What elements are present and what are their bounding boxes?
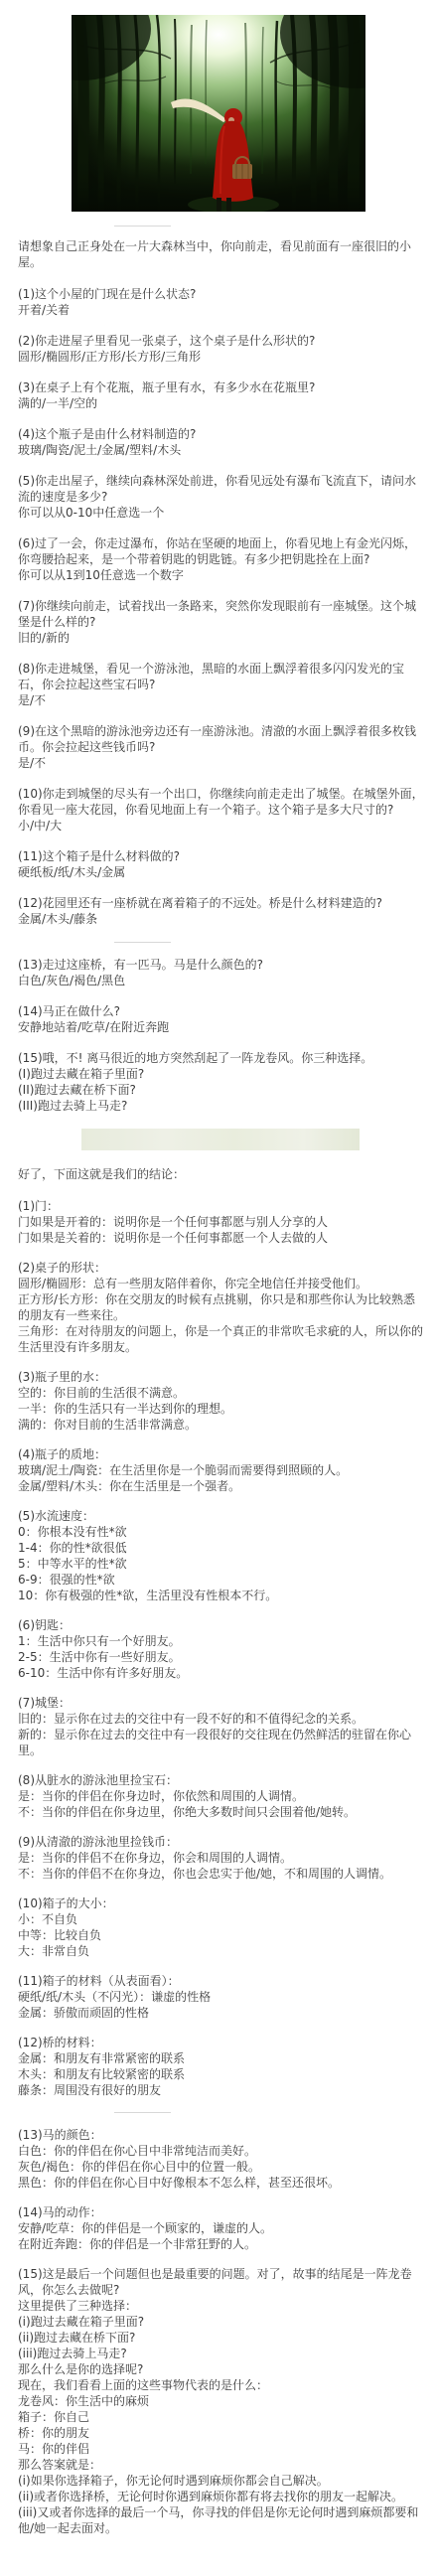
question-option-line: 开着/关着 [18,302,425,318]
question-option-line: 小/中/大 [18,818,425,833]
conclusion-intro: 好了，下面这就是我们的结论： [18,1166,425,1182]
question-text: (9)在这个黑暗的游泳池旁边还有一座游泳池。清澈的水面上飘浮着很多枚钱币。你会拉… [18,723,425,755]
question-option-line: 旧的/新的 [18,630,425,646]
conclusion-line: 木头：和朋友有比较紧密的联系 [18,2066,425,2082]
question-option-line: 硬纸板/纸/木头/金属 [18,864,425,880]
section-divider [114,226,171,227]
conclusion-block: (2)桌子的形状：圆形/椭圆形：总有一些朋友陪伴着你，你完全地信任并接受他们。正… [18,1260,425,1355]
question-text: (12)花园里还有一座桥就在离着箱子的不远处。桥是什么材料建造的? [18,895,425,911]
conclusion-line: 黑色：你的伴侣在你心目中好像根本不怎么样，甚至还很坏。 [18,2175,425,2191]
question-text: (3)在桌子上有个花瓶，瓶子里有水，有多少水在花瓶里? [18,379,425,395]
question-option-line: (I)跑过去藏在箱子里面? [18,1066,425,1082]
conclusion-line: 玻璃/泥土/陶瓷：在生活里你是一个脆弱而需要得到照顾的人。 [18,1462,425,1478]
conclusion-line: 5：中等水平的性*欲 [18,1556,425,1572]
conclusion-block: (7)城堡：旧的：显示你在过去的交往中有一段不好的和不值得纪念的关系。新的：显示… [18,1695,425,1758]
conclusion-line: 旧的：显示你在过去的交往中有一段不好的和不值得纪念的关系。 [18,1711,425,1727]
conclusion-line: 0：你根本没有性*欲 [18,1524,425,1540]
conclusion-line: 箱子：你自己 [18,2409,425,2425]
conclusion-line: 灰色/褐色：你的伴侣在你心目中的位置一般。 [18,2159,425,2175]
question-block: (6)过了一会，你走过瀑布，你站在坚硬的地面上，你看见地上有金光闪烁，你弯腰拾起… [18,535,425,583]
conclusion-line: 6-9：很强的性*欲 [18,1572,425,1588]
conclusion-line: 10：你有极强的性*欲，生活里没有性根本不行。 [18,1588,425,1603]
conclusion-line: 6-10：生活中你有许多好朋友。 [18,1665,425,1681]
conclusion-line: 门如果是关着的：说明你是一个任何事都愿一个人去做的人 [18,1230,425,1246]
conclusion-line: 满的：你对目前的生活非常满意。 [18,1417,425,1433]
question-block: (5)你走出屋子，继续向森林深处前进，你看见远处有瀑布飞流直下，请问水流的速度是… [18,473,425,521]
question-block: (9)在这个黑暗的游泳池旁边还有一座游泳池。清澈的水面上飘浮着很多枚钱币。你会拉… [18,723,425,771]
conclusion-line: 安静/吃草：你的伴侣是一个顾家的，谦虚的人。 [18,2220,425,2236]
question-block: (7)你继续向前走，试着找出一条路来，突然你发现眼前有一座城堡。这个城堡是什么样… [18,598,425,646]
conclusion-line: 新的：显示你在过去的交往中有一段很好的交往现在仍然鲜活的驻留在你心里。 [18,1727,425,1758]
question-options: 金属/木头/藤条 [18,911,425,927]
conclusion-line: 现在，我们看看上面的这些事物代表的是什么： [18,2377,425,2393]
conclusion-line: (iii)又或者你选择的最后一个马，你寻找的伴侣是你无论何时遇到麻烦都要和他/她… [18,2504,425,2536]
conclusion-line: 中等：比较自负 [18,1927,425,1943]
faded-image-placeholder [81,1129,360,1150]
question-options: 是/不 [18,755,425,771]
question-text: (4)这个瓶子是由什么材料制造的? [18,426,425,442]
conclusion-line: (2)桌子的形状： [18,1260,425,1276]
conclusion-line: (6)钥匙： [18,1617,425,1633]
conclusion-line: (ii)跑过去藏在桥下面? [18,2330,425,2346]
question-option-line: 安静地站着/吃草/在附近奔跑 [18,1019,425,1035]
conclusion-line: 金属/塑料/木头：你在生活里是一个强者。 [18,1478,425,1494]
conclusion-line: (8)从脏水的游泳池里捡宝石： [18,1772,425,1788]
conclusion-block: (11)箱子的材料（从表面看）：硬纸/纸/木头（不闪光）：谦虚的性格金属：骄傲而… [18,1973,425,2021]
conclusion-line: 藤条：周围没有很好的朋友 [18,2082,425,2098]
question-options: 旧的/新的 [18,630,425,646]
question-text: (13)走过这座桥，有一匹马。马是什么颜色的? [18,957,425,973]
question-block: (4)这个瓶子是由什么材料制造的? 玻璃/陶瓷/泥土/金属/塑料/木头 [18,426,425,458]
conclusion-line: (9)从清澈的游泳池里捡钱币： [18,1834,425,1850]
question-options: 小/中/大 [18,818,425,833]
conclusion-block: (6)钥匙：1：生活中你只有一个好朋友。2-5：生活中你有一些好朋友。6-10：… [18,1617,425,1681]
conclusion-line: (10)箱子的大小： [18,1895,425,1911]
question-options: 玻璃/陶瓷/泥土/金属/塑料/木头 [18,442,425,458]
question-block: (1)这个小屋的门现在是什么状态? 开着/关着 [18,286,425,318]
question-option-line: 金属/木头/藤条 [18,911,425,927]
conclusion-block: (1)门：门如果是开着的：说明你是一个任何事都愿与别人分享的人门如果是关着的：说… [18,1198,425,1246]
conclusion-block: (8)从脏水的游泳池里捡宝石：是：当你的伴侣在你身边时，你依然和周围的人调情。不… [18,1772,425,1820]
forest-photo [72,15,365,212]
conclusion-line: 不：当你的伴侣在你身边里，你绝大多数时间只会围着他/她转。 [18,1804,425,1820]
question-text: (5)你走出屋子，继续向森林深处前进，你看见远处有瀑布飞流直下，请问水流的速度是… [18,473,425,505]
question-options: 硬纸板/纸/木头/金属 [18,864,425,880]
conclusion-line: 马：你的伴侣 [18,2441,425,2457]
question-block: (14)马正在做什么? 安静地站着/吃草/在附近奔跑 [18,1003,425,1035]
question-option-line: 你可以从0-10中任意选一个 [18,505,425,521]
conclusion-block: (5)水流速度：0：你根本没有性*欲1-4：你的性*欲很低5：中等水平的性*欲6… [18,1508,425,1603]
conclusion-line: 是：当你的伴侣在你身边时，你依然和周围的人调情。 [18,1788,425,1804]
conclusion-line: (11)箱子的材料（从表面看）： [18,1973,425,1989]
conclusion-block: (15)这是最后一个问题但也是最重要的问题。对了，故事的结尾是一阵龙卷风，你怎么… [18,2266,425,2536]
conclusion-line: 三角形：在对待朋友的问题上，你是一个真正的非常吹毛求疵的人，所以你的生活里没有许… [18,1323,425,1355]
conclusion-line: (1)门： [18,1198,425,1214]
leg [226,198,231,212]
question-option-line: 玻璃/陶瓷/泥土/金属/塑料/木头 [18,442,425,458]
question-options: (I)跑过去藏在箱子里面?(II)跑过去藏在桥下面?(III)跑过去骑上马走? [18,1066,425,1114]
conclusion-line: 大：非常自负 [18,1943,425,1959]
question-block: (2)你走进屋子里看见一张桌子，这个桌子是什么形状的? 圆形/椭圆形/正方形/长… [18,333,425,365]
question-block: (13)走过这座桥，有一匹马。马是什么颜色的? 白色/灰色/褐色/黑色 [18,957,425,988]
conclusion-line: 1-4：你的性*欲很低 [18,1540,425,1556]
conclusion-line: (15)这是最后一个问题但也是最重要的问题。对了，故事的结尾是一阵龙卷风，你怎么… [18,2266,425,2298]
conclusion-line: 金属：和朋友有非常紧密的联系 [18,2050,425,2066]
question-options: 圆形/椭圆形/正方形/长方形/三角形 [18,349,425,365]
conclusion-line: (4)瓶子的质地： [18,1446,425,1462]
question-block: (8)你走进城堡，看见一个游泳池，黑暗的水面上飘浮着很多闪闪发光的宝石，你会拉起… [18,661,425,708]
conclusion-block: (9)从清澈的游泳池里捡钱币：是：当你的伴侣不在你身边，你会和周围的人调情。不：… [18,1834,425,1882]
question-block: (11)这个箱子是什么材料做的? 硬纸板/纸/木头/金属 [18,848,425,880]
conclusion-block: (4)瓶子的质地：玻璃/泥土/陶瓷：在生活里你是一个脆弱而需要得到照顾的人。金属… [18,1446,425,1494]
conclusion-line: (ii)或者你选择桥，无论何时你遇到麻烦你都有将去找你的朋友一起解决。 [18,2489,425,2504]
conclusion-line: 这里提供了三种选择： [18,2298,425,2314]
question-options: 你可以从1到10任意选一个数字 [18,567,425,583]
conclusion-line: 硬纸/纸/木头（不闪光）：谦虚的性格 [18,1989,425,2005]
conclusion-line: 2-5：生活中你有一些好朋友。 [18,1649,425,1665]
conclusion-block: (13)马的颜色：白色：你的伴侣在你心目中非常纯洁而美好。灰色/褐色：你的伴侣在… [18,2127,425,2191]
question-option-line: 是/不 [18,755,425,771]
conclusion-line: 正方形/长方形：你在交朋友的时候有点挑剔，你只是和那些你认为比较熟悉的朋友有一些… [18,1291,425,1323]
question-text: (1)这个小屋的门现在是什么状态? [18,286,425,302]
question-text: (7)你继续向前走，试着找出一条路来，突然你发现眼前有一座城堡。这个城堡是什么样… [18,598,425,630]
conclusion-line: 圆形/椭圆形：总有一些朋友陪伴着你，你完全地信任并接受他们。 [18,1276,425,1291]
section-divider [114,2112,171,2113]
article: 请想象自己正身处在一片大森林当中，你向前走，看见前面有一座很旧的小屋。 (1)这… [0,15,437,2576]
intro-paragraph: 请想象自己正身处在一片大森林当中，你向前走，看见前面有一座很旧的小屋。 [18,238,425,270]
question-block: (3)在桌子上有个花瓶，瓶子里有水，有多少水在花瓶里? 满的/一半/空的 [18,379,425,411]
conclusion-line: 金属：骄傲而顽固的性格 [18,2005,425,2021]
question-block: (15)哦，不! 离马很近的地方突然刮起了一阵龙卷风。你三种选择。 (I)跑过去… [18,1050,425,1114]
question-options: 是/不 [18,692,425,708]
question-options: 安静地站着/吃草/在附近奔跑 [18,1019,425,1035]
conclusion-line: (iii)跑过去骑上马走? [18,2346,425,2361]
conclusion-line: (12)桥的材料： [18,2035,425,2050]
question-text: (11)这个箱子是什么材料做的? [18,848,425,864]
conclusion-line: 桥：你的朋友 [18,2425,425,2441]
section-divider [114,942,171,943]
conclusion-line: 那么答案就是： [18,2457,425,2473]
conclusion-line: (i)跑过去藏在箱子里面? [18,2314,425,2330]
conclusion-line: 白色：你的伴侣在你心目中非常纯洁而美好。 [18,2143,425,2159]
conclusion-line: 龙卷风：你生活中的麻烦 [18,2393,425,2409]
conclusion-line: 在附近奔跑：你的伴侣是一个非常狂野的人。 [18,2236,425,2252]
question-option-line: (II)跑过去藏在桥下面? [18,1082,425,1098]
questions-list: (1)这个小屋的门现在是什么状态? 开着/关着 (2)你走进屋子里看见一张桌子，… [18,286,425,1114]
conclusion-line: (i)如果你选择箱子，你无论何时遇到麻烦你都会自己解决。 [18,2473,425,2489]
question-option-line: 是/不 [18,692,425,708]
conclusion-block: (12)桥的材料：金属：和朋友有非常紧密的联系木头：和朋友有比较紧密的联系藤条：… [18,2035,425,2098]
conclusion-line: (3)瓶子里的水： [18,1369,425,1385]
conclusion-line: (14)马的动作： [18,2204,425,2220]
question-text: (2)你走进屋子里看见一张桌子，这个桌子是什么形状的? [18,333,425,349]
conclusion-line: 是：当你的伴侣不在你身边，你会和周围的人调情。 [18,1850,425,1866]
question-option-line: 你可以从1到10任意选一个数字 [18,567,425,583]
question-options: 你可以从0-10中任意选一个 [18,505,425,521]
question-option-line: (III)跑过去骑上马走? [18,1098,425,1114]
question-option-line: 白色/灰色/褐色/黑色 [18,973,425,988]
leg [217,198,221,212]
conclusions-list: (1)门：门如果是开着的：说明你是一个任何事都愿与别人分享的人门如果是关着的：说… [18,1198,425,2536]
conclusion-line: 一半：你的生活只有一半达到你的理想。 [18,1401,425,1417]
question-text: (15)哦，不! 离马很近的地方突然刮起了一阵龙卷风。你三种选择。 [18,1050,425,1066]
question-text: (14)马正在做什么? [18,1003,425,1019]
conclusion-line: 那么什么是你的选择呢? [18,2361,425,2377]
conclusion-block: (3)瓶子里的水：空的：你目前的生活很不满意。一半：你的生活只有一半达到你的理想… [18,1369,425,1433]
conclusion-block: (10)箱子的大小：小：不自负中等：比较自负大：非常自负 [18,1895,425,1959]
conclusion-line: 不：当你的伴侣不在你身边，你也会忠实于他/她，不和周围的人调情。 [18,1866,425,1882]
conclusion-line: 1：生活中你只有一个好朋友。 [18,1633,425,1649]
question-options: 满的/一半/空的 [18,395,425,411]
conclusion-block: (14)马的动作：安静/吃草：你的伴侣是一个顾家的，谦虚的人。在附近奔跑：你的伴… [18,2204,425,2252]
question-options: 白色/灰色/褐色/黑色 [18,973,425,988]
question-option-line: 圆形/椭圆形/正方形/长方形/三角形 [18,349,425,365]
conclusion-line: 小：不自负 [18,1911,425,1927]
question-text: (8)你走进城堡，看见一个游泳池，黑暗的水面上飘浮着很多闪闪发光的宝石，你会拉起… [18,661,425,692]
conclusion-line: (7)城堡： [18,1695,425,1711]
question-text: (6)过了一会，你走过瀑布，你站在坚硬的地面上，你看见地上有金光闪烁，你弯腰拾起… [18,535,425,567]
question-block: (10)你走到城堡的尽头有一个出口，你继续向前走走出了城堡。在城堡外面，你看见一… [18,786,425,833]
question-option-line: 满的/一半/空的 [18,395,425,411]
question-text: (10)你走到城堡的尽头有一个出口，你继续向前走走出了城堡。在城堡外面，你看见一… [18,786,425,818]
conclusion-line: (5)水流速度： [18,1508,425,1524]
question-options: 开着/关着 [18,302,425,318]
conclusion-line: (13)马的颜色： [18,2127,425,2143]
conclusion-line: 门如果是开着的：说明你是一个任何事都愿与别人分享的人 [18,1214,425,1230]
conclusion-line: 空的：你目前的生活很不满意。 [18,1385,425,1401]
question-block: (12)花园里还有一座桥就在离着箱子的不远处。桥是什么材料建造的? 金属/木头/… [18,895,425,927]
